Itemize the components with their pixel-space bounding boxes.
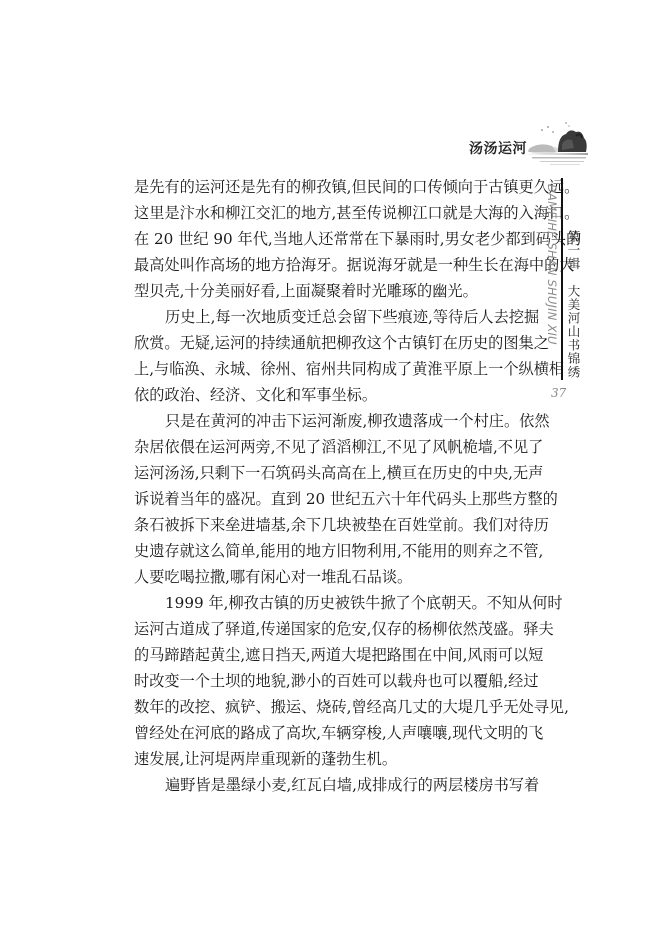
article-body: 是先有的运河还是先有的柳孜镇,但民间的口传倾向于古镇更久远。这里是汴水和柳江交汇…: [134, 174, 534, 798]
text-line: 运河古道成了驿道,传递国家的危安,仅存的杨柳依然茂盛。驿夫: [134, 616, 534, 642]
text-line: 曾经处在河底的路成了高坎,车辆穿梭,人声嚷嚷,现代文明的飞: [134, 720, 534, 746]
text-line: 在 20 世纪 90 年代,当地人还常常在下暴雨时,男女老少都到码头的: [134, 226, 534, 252]
text-line: 是先有的运河还是先有的柳孜镇,但民间的口传倾向于古镇更久远。: [134, 174, 534, 200]
text-line: 依的政治、经济、文化和军事坐标。: [134, 382, 534, 408]
running-header-title: 汤汤运河: [469, 138, 527, 158]
text-line: 欣赏。无疑,运河的持续通航把柳孜这个古镇钉在历史的图集之: [134, 330, 534, 356]
section-title: 大美河山书锦绣: [566, 285, 581, 380]
text-line: 数年的改挖、疯铲、搬运、烧砖,曾经高几丈的大堤几乎无处寻见,: [134, 694, 534, 720]
text-line: 1999 年,柳孜古镇的历史被铁牛掀了个底朝天。不知从何时: [134, 590, 534, 616]
section-label: 第一辑大美河山书锦绣: [566, 230, 582, 379]
sidebar-divider: [561, 178, 563, 380]
section-number: 第一辑: [566, 230, 581, 271]
text-line: 只是在黄河的冲击下运河渐废,柳孜遗落成一个村庄。依然: [134, 408, 534, 434]
text-line: 这里是汴水和柳江交汇的地方,甚至传说柳江口就是大海的入海口。: [134, 200, 534, 226]
text-line: 速发展,让河堤两岸重现新的蓬勃生机。: [134, 746, 534, 772]
text-line: 的马蹄踏起黄尘,遮日挡天,两道大堤把路围在中间,风雨可以短: [134, 642, 534, 668]
text-line: 遍野皆是墨绿小麦,红瓦白墙,成排成行的两层楼房书写着: [134, 772, 534, 798]
text-line: 条石被拆下来垒进墙基,余下几块被垫在百姓堂前。我们对待历: [134, 512, 534, 538]
text-line: 史遗存就这么简单,能用的地方旧物利用,不能用的则弃之不管,: [134, 538, 534, 564]
text-line: 上,与临涣、永城、徐州、宿州共同构成了黄淮平原上一个纵横相: [134, 356, 534, 382]
text-line: 最高处叫作高场的地方拾海牙。据说海牙就是一种生长在海中的大: [134, 252, 534, 278]
ink-landscape-illustration: [522, 118, 592, 170]
series-roman-title: DAMEIHE SHAN SHUJIN XIU: [543, 184, 559, 376]
text-line: 诉说着当年的盛况。直到 20 世纪五六十年代码头上那些方整的: [134, 486, 534, 512]
text-line: 型贝壳,十分美丽好看,上面凝聚着时光雕琢的幽光。: [134, 278, 534, 304]
text-line: 历史上,每一次地质变迁总会留下些痕迹,等待后人去挖掘: [134, 304, 534, 330]
text-line: 人要吃喝拉撒,哪有闲心对一堆乱石品谈。: [134, 564, 534, 590]
page-number: 37: [551, 386, 566, 400]
text-line: 杂居依偎在运河两旁,不见了滔滔柳江,不见了风帆桅墙,不见了: [134, 434, 534, 460]
text-line: 运河汤汤,只剩下一石筑码头高高在上,横亘在历史的中央,无声: [134, 460, 534, 486]
text-line: 时改变一个土坝的地貌,渺小的百姓可以载舟也可以覆船,经过: [134, 668, 534, 694]
